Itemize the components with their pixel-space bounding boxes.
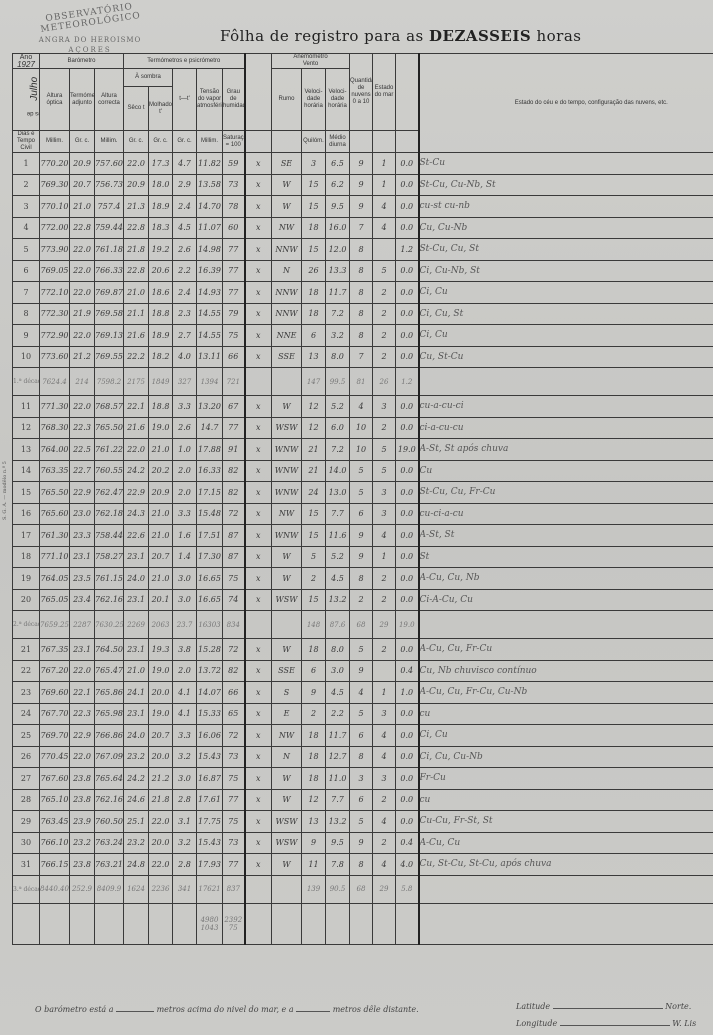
- table-row: 8772.3021.9769.5821.118.82.314.5579xNNW1…: [13, 303, 713, 325]
- cell-sky-state: Ci, Cu: [419, 325, 713, 347]
- cell-alt: 770.10: [40, 196, 70, 218]
- cell-tens: 17.61: [197, 789, 223, 811]
- title-hour: DEZASSEIS: [429, 27, 531, 45]
- cell-term: 22.0: [70, 660, 95, 682]
- cell-term: 22.0: [70, 239, 95, 261]
- cell-min: x: [245, 282, 272, 304]
- cell-hum: 75: [223, 568, 245, 590]
- unit-label: [396, 131, 419, 153]
- table-row: 24767.7022.3765.9823.119.04.115.3365xE22…: [13, 703, 713, 725]
- cell-rumo: W: [272, 854, 302, 876]
- cell-chuva: 0.0: [396, 746, 419, 768]
- cell-corr: 758.44: [95, 525, 124, 547]
- cell-diff: 1.0: [173, 439, 197, 461]
- cell-rumo: WSW: [272, 832, 302, 854]
- register-table: Ano1927 Barómetro Termómetros e psicróme…: [12, 53, 713, 945]
- cell-med: 13.3: [326, 260, 350, 282]
- cell-med: 6.5: [326, 153, 350, 175]
- cell-corr: 761.22: [95, 439, 124, 461]
- cell-min: x: [245, 525, 272, 547]
- cell-vel: 3: [302, 153, 326, 175]
- cell-nuv: 8: [350, 325, 373, 347]
- cell-chuva: 0.0: [396, 174, 419, 196]
- cell-seco: 22.9: [124, 482, 149, 504]
- cell-min: x: [245, 174, 272, 196]
- day-number: 6: [13, 260, 40, 282]
- cell-mar: [373, 239, 396, 261]
- cell-mar: 2: [373, 832, 396, 854]
- cell-rumo: WNW: [272, 439, 302, 461]
- totals-row: 49801043239275: [13, 903, 713, 944]
- cell-seco: 23.1: [124, 639, 149, 661]
- day-number: 14: [13, 460, 40, 482]
- cell-tens: 13.58: [197, 174, 223, 196]
- cell-hum: 834: [223, 611, 245, 639]
- cell-mar: 3: [373, 768, 396, 790]
- cell-alt: 770.20: [40, 153, 70, 175]
- cell-hum: 65: [223, 703, 245, 725]
- year-header: Ano1927: [13, 54, 40, 69]
- cell-nuv: 10: [350, 417, 373, 439]
- cell-corr: 763.24: [95, 832, 124, 854]
- cell-med: 13.2: [326, 589, 350, 611]
- cell-diff: 2.9: [173, 174, 197, 196]
- cell-sky-state: [419, 611, 713, 639]
- cell-seco: 24.8: [124, 854, 149, 876]
- cell-mar: 5: [373, 460, 396, 482]
- cell-alt: 772.30: [40, 303, 70, 325]
- cell-nuv: 8: [350, 568, 373, 590]
- cell-tens: 15.33: [197, 703, 223, 725]
- cell-vel: 12: [302, 417, 326, 439]
- table-row: 27767.6023.8765.6424.221.23.016.8775xW18…: [13, 768, 713, 790]
- cell-alt: 766.10: [40, 832, 70, 854]
- cell-nuv: 9: [350, 660, 373, 682]
- table-row: 1770.2020.9757.6022.017.34.711.8259xSE36…: [13, 153, 713, 175]
- cell-nuv: 9: [350, 153, 373, 175]
- cell-term: 22.0: [70, 325, 95, 347]
- cell-hum: 82: [223, 660, 245, 682]
- totals-cell: [173, 903, 197, 944]
- table-row: 7772.1022.0769.8721.018.62.414.9377xNNW1…: [13, 282, 713, 304]
- cell-corr: 766.33: [95, 260, 124, 282]
- cell-med: 13.2: [326, 811, 350, 833]
- cell-alt: 772.90: [40, 325, 70, 347]
- cell-min: x: [245, 196, 272, 218]
- cell-sky-state: St-Cu: [419, 153, 713, 175]
- cell-vel: 9: [302, 682, 326, 704]
- cell-min: x: [245, 589, 272, 611]
- cell-term: 214: [70, 368, 95, 396]
- cell-alt: 764.00: [40, 439, 70, 461]
- cell-molh: 19.0: [149, 417, 173, 439]
- cell-tens: 16.39: [197, 260, 223, 282]
- cell-chuva: 0.4: [396, 660, 419, 682]
- day-number: 30: [13, 832, 40, 854]
- cell-seco: 22.1: [124, 396, 149, 418]
- cell-term: 20.9: [70, 153, 95, 175]
- rain-header: Chuva das 6 horas às 16 horas: [396, 54, 419, 131]
- cell-term: 22.0: [70, 396, 95, 418]
- cell-molh: 2236: [149, 875, 173, 903]
- cell-med: 4.5: [326, 682, 350, 704]
- cell-term: 22.3: [70, 703, 95, 725]
- cell-term: 22.9: [70, 725, 95, 747]
- cell-rumo: SE: [272, 153, 302, 175]
- cell-corr: 765.50: [95, 417, 124, 439]
- table-row: 28765.1023.8762.1624.621.82.817.6177xW12…: [13, 789, 713, 811]
- cell-rumo: WNW: [272, 482, 302, 504]
- cell-term: 22.7: [70, 460, 95, 482]
- cell-term: 20.7: [70, 174, 95, 196]
- cell-mar: 2: [373, 325, 396, 347]
- minimum-temp-header: Mínima temperatura das 6 horas às 16 hor…: [245, 54, 272, 131]
- cell-sky-state: A-St, St após chuva: [419, 439, 713, 461]
- totals-cell: [373, 903, 396, 944]
- cell-molh: 21.8: [149, 789, 173, 811]
- cell-corr: 765.86: [95, 682, 124, 704]
- cell-vel: 6: [302, 660, 326, 682]
- cell-term: 23.9: [70, 811, 95, 833]
- cell-term: 22.0: [70, 746, 95, 768]
- cell-alt: 7659.25: [40, 611, 70, 639]
- cell-alt: 763.45: [40, 811, 70, 833]
- cell-seco: 23.1: [124, 589, 149, 611]
- cell-mar: 29: [373, 611, 396, 639]
- sea-state-header: Estado do mar: [373, 54, 396, 131]
- cell-sky-state: Cu-Cu, Fr-St, St: [419, 811, 713, 833]
- cell-corr: 769.13: [95, 325, 124, 347]
- cell-tens: 13.11: [197, 346, 223, 368]
- table-row: 31766.1523.8763.2124.822.02.817.9377xW11…: [13, 854, 713, 876]
- table-row: 16765.6023.0762.1824.321.03.315.4872xNW1…: [13, 503, 713, 525]
- decade-label: 1.ª década: [13, 368, 40, 396]
- cell-chuva: 0.0: [396, 282, 419, 304]
- cell-vel: 12: [302, 789, 326, 811]
- cell-nuv: 68: [350, 611, 373, 639]
- day-number: 17: [13, 525, 40, 547]
- table-row: 11771.3022.0768.5722.118.83.313.2067xW12…: [13, 396, 713, 418]
- day-number: 29: [13, 811, 40, 833]
- cell-chuva: 0.0: [396, 568, 419, 590]
- cell-med: 13.0: [326, 482, 350, 504]
- cell-alt: 765.05: [40, 589, 70, 611]
- cell-med: 11.7: [326, 725, 350, 747]
- cell-vel: 13: [302, 346, 326, 368]
- cell-med: 6.2: [326, 174, 350, 196]
- cell-corr: 760.55: [95, 460, 124, 482]
- cell-molh: 21.0: [149, 439, 173, 461]
- cell-rumo: W: [272, 396, 302, 418]
- cell-hum: 77: [223, 854, 245, 876]
- unit-label: Gr. c.: [149, 131, 173, 153]
- barometer-header: Barómetro: [40, 54, 124, 69]
- cell-tens: 14.55: [197, 303, 223, 325]
- cell-nuv: 9: [350, 546, 373, 568]
- table-row: 15765.5022.9762.4722.920.92.017.1582xWNW…: [13, 482, 713, 504]
- cell-mar: 3: [373, 503, 396, 525]
- cell-chuva: 1.2: [396, 368, 419, 396]
- cell-rumo: N: [272, 260, 302, 282]
- cell-hum: 60: [223, 217, 245, 239]
- cell-sky-state: St-Cu, Cu, Fr-Cu: [419, 482, 713, 504]
- cell-seco: 21.0: [124, 282, 149, 304]
- title-prefix: Fôlha de registro para as: [220, 27, 424, 45]
- vapor-tension-header: Tensão do vapor atmosférico: [197, 69, 223, 131]
- day-number: 16: [13, 503, 40, 525]
- cell-chuva: 19.0: [396, 439, 419, 461]
- cell-hum: 75: [223, 811, 245, 833]
- cell-hum: 79: [223, 303, 245, 325]
- cell-hum: 66: [223, 682, 245, 704]
- cell-vel: 18: [302, 303, 326, 325]
- cell-hum: 77: [223, 239, 245, 261]
- cell-diff: 2.6: [173, 239, 197, 261]
- cell-sky-state: [419, 875, 713, 903]
- humidity-header: Grau de humidade: [223, 69, 245, 131]
- cell-hum: 74: [223, 589, 245, 611]
- cell-molh: 20.1: [149, 589, 173, 611]
- cell-nuv: 3: [350, 768, 373, 790]
- cell-sky-state: cu-ci-a-cu: [419, 503, 713, 525]
- cell-med: 7.7: [326, 503, 350, 525]
- cell-min: x: [245, 682, 272, 704]
- cell-molh: 18.0: [149, 174, 173, 196]
- cell-med: 6.0: [326, 417, 350, 439]
- cell-term: 23.4: [70, 589, 95, 611]
- cell-seco: 24.0: [124, 725, 149, 747]
- cell-mar: 2: [373, 346, 396, 368]
- title-suffix: horas: [536, 27, 581, 45]
- cell-sky-state: Cu: [419, 460, 713, 482]
- decade-label: 2.ª década: [13, 611, 40, 639]
- cell-corr: 764.50: [95, 639, 124, 661]
- cell-min: x: [245, 417, 272, 439]
- cell-diff: 2.3: [173, 303, 197, 325]
- unit-label: [350, 131, 373, 153]
- cell-mar: 1: [373, 682, 396, 704]
- cell-alt: 769.30: [40, 174, 70, 196]
- cell-molh: 19.0: [149, 660, 173, 682]
- cell-mar: 2: [373, 589, 396, 611]
- cell-term: 252.9: [70, 875, 95, 903]
- cell-chuva: 5.8: [396, 875, 419, 903]
- cell-alt: 769.60: [40, 682, 70, 704]
- day-number: 22: [13, 660, 40, 682]
- day-number: 21: [13, 639, 40, 661]
- cell-diff: 2.0: [173, 460, 197, 482]
- cell-hum: 837: [223, 875, 245, 903]
- cell-min: x: [245, 346, 272, 368]
- mean-speed-header: Veloci-dade horária: [326, 69, 350, 131]
- barometer-note: O barómetro está a metros acima do nivel…: [35, 1005, 419, 1014]
- optic-height-header: Altura óptica: [40, 69, 70, 131]
- cell-min: x: [245, 239, 272, 261]
- cell-med: 3.2: [326, 325, 350, 347]
- cell-tens: 14.07: [197, 682, 223, 704]
- cell-alt: 764.05: [40, 568, 70, 590]
- cell-hum: 75: [223, 768, 245, 790]
- cell-med: 8.0: [326, 639, 350, 661]
- table-row: 5773.9022.0761.1821.819.22.614.9877xNNW1…: [13, 239, 713, 261]
- corrected-height-header: Altura correcta: [95, 69, 124, 131]
- cell-hum: 78: [223, 196, 245, 218]
- cell-alt: 771.30: [40, 396, 70, 418]
- cell-hum: 59: [223, 153, 245, 175]
- cell-sky-state: St-Cu, Cu, St: [419, 239, 713, 261]
- cell-term: 23.8: [70, 854, 95, 876]
- cell-term: 22.3: [70, 417, 95, 439]
- cell-mar: 2: [373, 417, 396, 439]
- cell-chuva: 0.0: [396, 303, 419, 325]
- day-number: 26: [13, 746, 40, 768]
- cell-corr: 762.18: [95, 503, 124, 525]
- cell-term: 21.9: [70, 303, 95, 325]
- cell-min: [245, 368, 272, 396]
- cell-mar: 29: [373, 875, 396, 903]
- cell-nuv: 8: [350, 854, 373, 876]
- cell-vel: 18: [302, 282, 326, 304]
- cell-term: 22.8: [70, 217, 95, 239]
- cell-rumo: WSW: [272, 417, 302, 439]
- cell-vel: 15: [302, 239, 326, 261]
- cell-diff: 2.2: [173, 260, 197, 282]
- cell-chuva: 0.0: [396, 639, 419, 661]
- cell-diff: 3.0: [173, 589, 197, 611]
- cell-med: 87.6: [326, 611, 350, 639]
- cell-min: x: [245, 482, 272, 504]
- cell-nuv: 4: [350, 682, 373, 704]
- cell-rumo: N: [272, 746, 302, 768]
- cell-tens: 17.75: [197, 811, 223, 833]
- day-number: 28: [13, 789, 40, 811]
- cell-min: x: [245, 746, 272, 768]
- unit-label: Médio diurna: [326, 131, 350, 153]
- anemometer-header: AnemómetroVento: [272, 54, 350, 69]
- cell-molh: 22.0: [149, 854, 173, 876]
- cell-molh: 19.3: [149, 639, 173, 661]
- cell-chuva: 0.0: [396, 153, 419, 175]
- cell-seco: 21.6: [124, 325, 149, 347]
- cell-sky-state: Ci, Cu: [419, 282, 713, 304]
- cell-min: x: [245, 439, 272, 461]
- cell-molh: 18.8: [149, 396, 173, 418]
- cell-sky-state: cu-a-cu-ci: [419, 396, 713, 418]
- cell-hum: 72: [223, 503, 245, 525]
- cell-corr: 7630.25: [95, 611, 124, 639]
- cell-vel: 9: [302, 832, 326, 854]
- cell-chuva: 0.0: [396, 525, 419, 547]
- day-number: 20: [13, 589, 40, 611]
- table-row: 26770.4522.0767.0923.220.03.215.4373xN18…: [13, 746, 713, 768]
- cell-vel: 2: [302, 703, 326, 725]
- cell-nuv: 7: [350, 217, 373, 239]
- table-row: 18771.1023.1758.2723.120.71.417.3087xW55…: [13, 546, 713, 568]
- cell-vel: 21: [302, 460, 326, 482]
- cell-med: 99.5: [326, 368, 350, 396]
- cell-nuv: 8: [350, 303, 373, 325]
- cell-tens: 16.65: [197, 589, 223, 611]
- cell-med: 16.0: [326, 217, 350, 239]
- cell-rumo: NW: [272, 217, 302, 239]
- cell-med: 7.2: [326, 439, 350, 461]
- cell-seco: 23.2: [124, 746, 149, 768]
- cell-min: x: [245, 854, 272, 876]
- cell-mar: 1: [373, 546, 396, 568]
- table-row: 29763.4523.9760.5025.122.03.117.7575xWSW…: [13, 811, 713, 833]
- cell-seco: 24.2: [124, 768, 149, 790]
- cell-nuv: 9: [350, 196, 373, 218]
- cell-med: 2.2: [326, 703, 350, 725]
- cell-chuva: 0.0: [396, 460, 419, 482]
- day-number: 31: [13, 854, 40, 876]
- cell-med: 11.7: [326, 282, 350, 304]
- cell-rumo: W: [272, 174, 302, 196]
- cell-tens: 17.30: [197, 546, 223, 568]
- cell-min: [245, 611, 272, 639]
- cell-vel: 18: [302, 217, 326, 239]
- cell-diff: 341: [173, 875, 197, 903]
- cell-sky-state: St-Cu, Cu-Nb, St: [419, 174, 713, 196]
- cell-nuv: 5: [350, 639, 373, 661]
- cell-rumo: SSE: [272, 346, 302, 368]
- cell-tens: 16.65: [197, 568, 223, 590]
- cell-nuv: 4: [350, 396, 373, 418]
- cell-corr: 765.64: [95, 768, 124, 790]
- cell-min: x: [245, 568, 272, 590]
- cell-molh: 2063: [149, 611, 173, 639]
- cell-nuv: 8: [350, 746, 373, 768]
- cell-seco: 22.2: [124, 346, 149, 368]
- cell-sky-state: A-Cu, Cu: [419, 832, 713, 854]
- cell-term: 23.0: [70, 503, 95, 525]
- cell-term: 21.0: [70, 196, 95, 218]
- cell-sky-state: cu: [419, 703, 713, 725]
- cell-sky-state: Ci, Cu-Nb, St: [419, 260, 713, 282]
- cell-molh: 20.7: [149, 725, 173, 747]
- cell-min: x: [245, 660, 272, 682]
- cell-diff: 2.0: [173, 482, 197, 504]
- cell-rumo: S: [272, 682, 302, 704]
- t-diff-header: t—t': [173, 69, 197, 131]
- day-number: 25: [13, 725, 40, 747]
- cell-nuv: 2: [350, 589, 373, 611]
- cell-vel: 5: [302, 546, 326, 568]
- cell-corr: 760.50: [95, 811, 124, 833]
- table-row: 21767.3523.1764.5023.119.33.815.2872xW18…: [13, 639, 713, 661]
- cell-nuv: 6: [350, 725, 373, 747]
- cell-diff: 4.5: [173, 217, 197, 239]
- cell-med: 7.2: [326, 303, 350, 325]
- cell-tens: 14.98: [197, 239, 223, 261]
- cell-hum: 75: [223, 325, 245, 347]
- cell-alt: 7624.4: [40, 368, 70, 396]
- cell-alt: 770.45: [40, 746, 70, 768]
- cell-rumo: W: [272, 639, 302, 661]
- table-row: 23769.6022.1765.8624.120.04.114.0766xS94…: [13, 682, 713, 704]
- cell-molh: 20.0: [149, 832, 173, 854]
- cell-hum: 72: [223, 639, 245, 661]
- cell-corr: 769.87: [95, 282, 124, 304]
- cell-mar: 4: [373, 725, 396, 747]
- table-row: 4772.0022.8759.4422.818.34.511.0760xNW18…: [13, 217, 713, 239]
- cell-molh: 21.0: [149, 503, 173, 525]
- cell-term: 21.2: [70, 346, 95, 368]
- cell-term: 23.1: [70, 546, 95, 568]
- cell-nuv: 6: [350, 503, 373, 525]
- cell-chuva: 0.0: [396, 503, 419, 525]
- totals-cell: [95, 903, 124, 944]
